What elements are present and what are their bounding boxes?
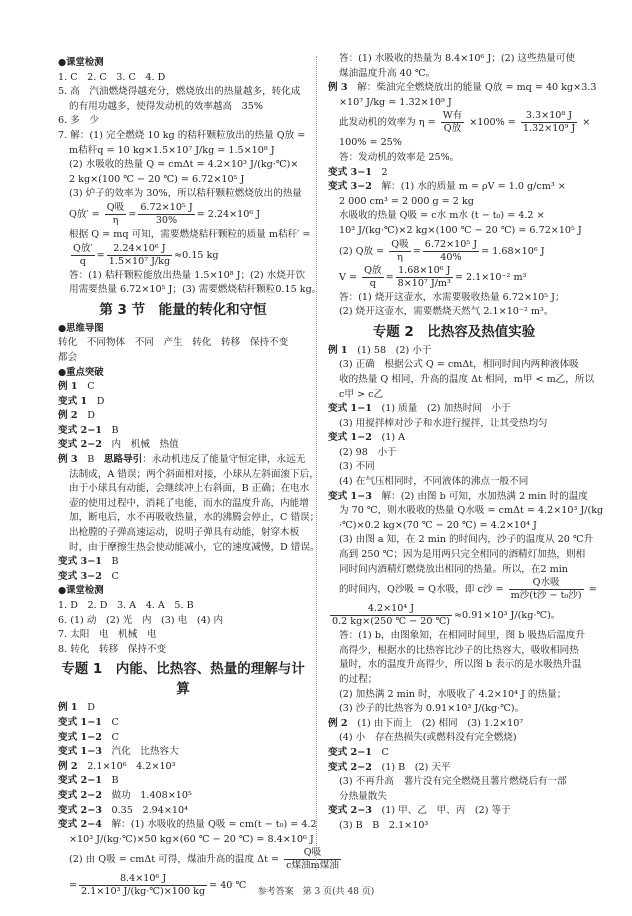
answer-line: 2 kg×(100 ℃ − 20 ℃) = 6.72×10⁵ J [58,173,308,188]
answer-line: 变式 1−2 (1) A [328,431,580,446]
answer-line: (2) 加热满 2 min 时，水吸收了 4.2×10⁴ J 的热量； [328,688,580,703]
answer-line: 变式 1−3 汽化 比热容大 [58,745,308,760]
answer-line: 变式 2−3 0.35 2.94×10⁴ [58,804,308,819]
answer-line: 答：(1) b，由图象知，在相同时间里，图 b 吸热后温度升 [328,629,580,644]
fraction: Q吸η [389,239,410,264]
answer-line: 例 3 B 思路导引：永动机违反了能量守恒定律，永远无 [58,453,308,468]
fraction: 4.2×10⁴ J0.2 kg×(250 ℃ − 20 ℃) [330,603,452,628]
answer-line: 变式 2−2 做功 1.408×10⁵ [58,789,308,804]
answer-line: 法制成，A 错误；两个斜面相对接，小球从左斜面滚下后， [58,468,308,483]
answer-line: 分热量散失 [328,790,580,805]
answer-line: (3) 沙子的比热容为 0.91×10³ J/(kg·℃)。 [328,702,580,717]
answer-line: 为 70 ℃，则水吸收的热量 Q水吸 = cmΔt = 4.2×10³ J/(k… [328,504,580,519]
right-column: 答：(1) 水吸收的热量为 8.4×10⁶ J；(2) 这些热量可使 煤油温度升… [328,52,580,834]
column-divider [316,56,317,870]
answer-line: 变式 1 D [58,395,308,410]
answer-line: 水吸收的热量 Q吸 = c水 m水 (t − t₀) = 4.2 × [328,209,580,224]
answer-line: 都会 [58,351,308,366]
answer-line: 量时，水的温度升高得少，所以图 b 表示的是水吸热升温 [328,658,580,673]
fraction: Q放′q [71,243,95,268]
answer-line: 8. 转化 转移 保持不变 [58,643,308,658]
answer-line: 收的热量 Q 相同，升高的温度 Δt 相同，m甲 < m乙，所以 [328,373,580,388]
fraction: Q放q [362,265,383,290]
answer-line: 答：发动机的效率是 25%。 [328,151,580,166]
answer-line: 变式 2−1 B [58,774,308,789]
answer-line: 10³ J/(kg·℃)×2 kg×(100 ℃ − 20 ℃) = 6.72×… [328,224,580,239]
answer-line: (3) 炉子的效率为 30%，所以秸秆颗粒燃烧放出的热量 [58,187,308,202]
answer-line: 变式 1−3 解：(2) 由图 b 可知，水加热满 2 min 时的温度 [328,490,580,505]
formula-line: V = Q放q=1.68×10⁶ J8×10⁷ J/m³= 2.1×10⁻² m… [328,265,580,291]
fraction: 6.72×10⁵ J30% [138,202,194,227]
answer-line: 5. 高 汽油燃烧得越充分，燃烧放出的热量越多，转化成 [58,85,308,100]
answer-line: 例 1 (1) 58 (2) 小于 [328,344,580,359]
answer-line: ×10⁷ J/kg = 1.32×10⁹ J [328,96,580,111]
answer-line: 例 2 2.1×10⁶ 4.2×10³ [58,760,308,775]
answer-line: 变式 2−1 C [328,746,580,761]
formula-line: (2) Q放 = Q吸η=6.72×10⁵ J40%= 1.68×10⁶ J [328,239,580,265]
answer-line: 变式 1−2 C [58,731,308,746]
answer-line: 答：(1) 秸秆颗粒能放出热量 1.5×10⁸ J；(2) 水烧开饮 [58,269,308,284]
answer-line: 答：(1) 烧开这壶水，水需要吸收热量 6.72×10⁵ J； [328,291,580,306]
answer-line: 变式 1−1 C [58,716,308,731]
answer-key-page: ●课堂检测 1. C 2. C 3. C 4. D 5. 高 汽油燃烧得越充分，… [0,0,632,916]
answer-line: 变式 2−2 内 机械 热值 [58,438,308,453]
answer-line: 高到 250 ℃；因为是用两只完全相同的酒精灯加热，则相 [328,548,580,563]
fraction: 6.72×10⁵ J40% [423,239,479,264]
answer-line: (4) 在气压相同时，不同液体的沸点一般不同 [328,475,580,490]
answer-line: 变式 2−1 B [58,424,308,439]
answer-line: 变式 3−1 2 [328,166,580,181]
answer-line: 变式 1−1 (1) 质量 (2) 加热时间 小于 [328,402,580,417]
answer-line: (3) 用搅拌棒对沙子和水进行搅拌，让其受热均匀 [328,417,580,432]
fraction: Q水吸m沙(t沙 − t₀沙) [509,577,584,602]
section-title: 第 3 节 能量的转化和守恒 [58,300,308,320]
answer-line: 7. 太阳 电 机械 电 [58,628,308,643]
answer-line: 的有用功越多，使得发动机的效率越高 35% [58,100,308,115]
answer-line: (2) 烧开这壶水，需要燃烧天然气 2.1×10⁻² m³。 [328,305,580,320]
answer-line: (2) 98 小于 [328,446,580,461]
answer-line: 100% = 25% [328,136,580,151]
left-column: ●课堂检测 1. C 2. C 3. C 4. D 5. 高 汽油燃烧得越充分，… [58,56,308,899]
fraction: W有Q放 [441,110,464,135]
answer-line: 根据 Q = mq 可知，需要燃烧秸秆颗粒的质量 m秸秆′ = [58,228,308,243]
answer-line: 同时间内酒精灯燃烧放出相同的热量。所以，在2 min [328,563,580,578]
answer-line: (3) B B 2.1×10³ [328,819,580,834]
answer-line: 变式 2−3 (1) 甲、乙 甲、丙 (2) 等于 [328,804,580,819]
answer-line: 例 1 C [58,380,308,395]
answer-line: 例 1 D [58,701,308,716]
answer-line: 变式 3−2 解：(1) 水的质量 m = ρV = 1.0 g/cm³ × [328,180,580,195]
answer-line: 加，断电后，水不再吸收热量，水的沸腾会停止，C 错误； [58,511,308,526]
page-footer: 参考答案 第 3 页(共 48 页) [0,884,632,897]
section-heading-classroom-check: ●课堂检测 [58,584,308,599]
formula-line: Q放′ = Q吸η=6.72×10⁵ J30%= 2.24×10⁶ J [58,202,308,228]
answer-line: 壶的使用过程中，消耗了电能，而水的温度升高，内能增 [58,497,308,512]
fraction: 3.3×10⁸ J1.32×10⁹ J [521,110,577,135]
section-heading-classroom-check: ●课堂检测 [58,56,308,71]
answer-line: 答：(1) 水吸收的热量为 8.4×10⁶ J；(2) 这些热量可使 [328,52,580,67]
answer-line: c甲 > c乙 [328,388,580,403]
fraction: 1.68×10⁶ J8×10⁷ J/m³ [396,265,453,290]
answer-line: 2 000 cm³ = 2 000 g = 2 kg [328,195,580,210]
answer-line: 6. (1) 动 (2) 光 内 (3) 电 (4) 内 [58,614,308,629]
answer-line: 高得少，根据水的比热容比沙子的比热容大，吸收相同热 [328,644,580,659]
answer-line: 变式 3−2 C [58,570,308,585]
answer-line: m秸秆q = 10 kg×1.5×10⁷ J/kg = 1.5×10⁸ J [58,144,308,159]
answer-line: (4) 小 存在热损失(或燃料没有完全燃烧) [328,731,580,746]
topic-title: 专题 2 比热容及热值实验 [328,322,580,342]
answer-line: 用需要热量 6.72×10⁵ J；(3) 需要燃烧秸秆颗粒0.15 kg。 [58,283,308,298]
answer-line: 变式 2−2 (1) B (2) 天平 [328,761,580,776]
answer-line: (2) 水吸收的热量 Q = cmΔt = 4.2×10³ J/(kg·℃)× [58,158,308,173]
answer-line: ·℃)×0.2 kg×(70 ℃ − 20 ℃) = 4.2×10⁴ J [328,519,580,534]
answer-line: 6. 多 少 [58,114,308,129]
answer-line: 变式 2−4 解：(1) 水吸收的热量 Q吸 = cm(t − t₀) = 4.… [58,818,308,833]
answer-line: (3) 由图 a 知，在 2 min 的时间内，沙子的温度从 20 ℃升 [328,533,580,548]
answer-line: 煤油温度升高 40 ℃。 [328,67,580,82]
answer-line: 1. C 2. C 3. C 4. D [58,71,308,86]
formula-line: Q放′q=2.24×10⁶ J1.5×10⁷ J/kg≈0.15 kg [58,243,308,269]
answer-line: 出枪膛的子弹高速运动，说明子弹具有动能，射穿木板 [58,526,308,541]
answer-line: 由于小球具有动能，会继续冲上右斜面，B 正确；在电水 [58,482,308,497]
formula-line: 此发动机的效率为 η = W有Q放 ×100% = 3.3×10⁸ J1.32×… [328,110,580,136]
answer-line: (3) 正确 根据公式 Q = cmΔt，相同时间内两种液体吸 [328,358,580,373]
section-heading-mindmap: ●思维导图 [58,322,308,337]
answer-line: 转化 不同物体 不同 产生 转化 转移 保持不变 [58,336,308,351]
topic-title: 专题 1 内能、比热容、热量的理解与计算 [58,659,308,699]
answer-line: 例 2 (1) 由下而上 (2) 相同 (3) 1.2×10⁷ [328,717,580,732]
answer-line: 例 2 D [58,409,308,424]
formula-line: 4.2×10⁴ J0.2 kg×(250 ℃ − 20 ℃)≈0.91×10³ … [328,603,580,629]
answer-line: (3) 不再升高 薯片没有完全燃烧且薯片燃烧后有一部 [328,775,580,790]
answer-line: 时，由于摩擦生热会使动能减小，它的速度减慢，D 错误。 [58,541,308,556]
fraction: Q吸c煤油m煤油 [284,847,341,872]
fraction: 2.24×10⁶ J1.5×10⁷ J/kg [107,243,172,268]
answer-line: 变式 3−1 B [58,555,308,570]
answer-line: ×10³ J/(kg·℃)×50 kg×(60 ℃ − 20 ℃) = 8.4×… [58,833,308,848]
answer-line: 7. 解：(1) 完全燃烧 10 kg 的秸秆颗粒放出的热量 Q放 = [58,129,308,144]
fraction: Q吸η [105,202,126,227]
answer-line: (3) 不同 [328,460,580,475]
formula-line: 的时间内，Q沙吸 = Q水吸，即 c沙 = Q水吸m沙(t沙 − t₀沙) = [328,577,580,603]
answer-line: 的过程； [328,673,580,688]
answer-line: 例 3 解：柴油完全燃烧放出的能量 Q放 = mq = 40 kg×3.3 [328,81,580,96]
answer-line: 1. D 2. D 3. A 4. A 5. B [58,599,308,614]
section-heading-keypoints: ●重点突破 [58,366,308,381]
formula-line: (2) 由 Q吸 = cmΔt 可得，煤油升高的温度 Δt = Q吸c煤油m煤油 [58,847,308,873]
